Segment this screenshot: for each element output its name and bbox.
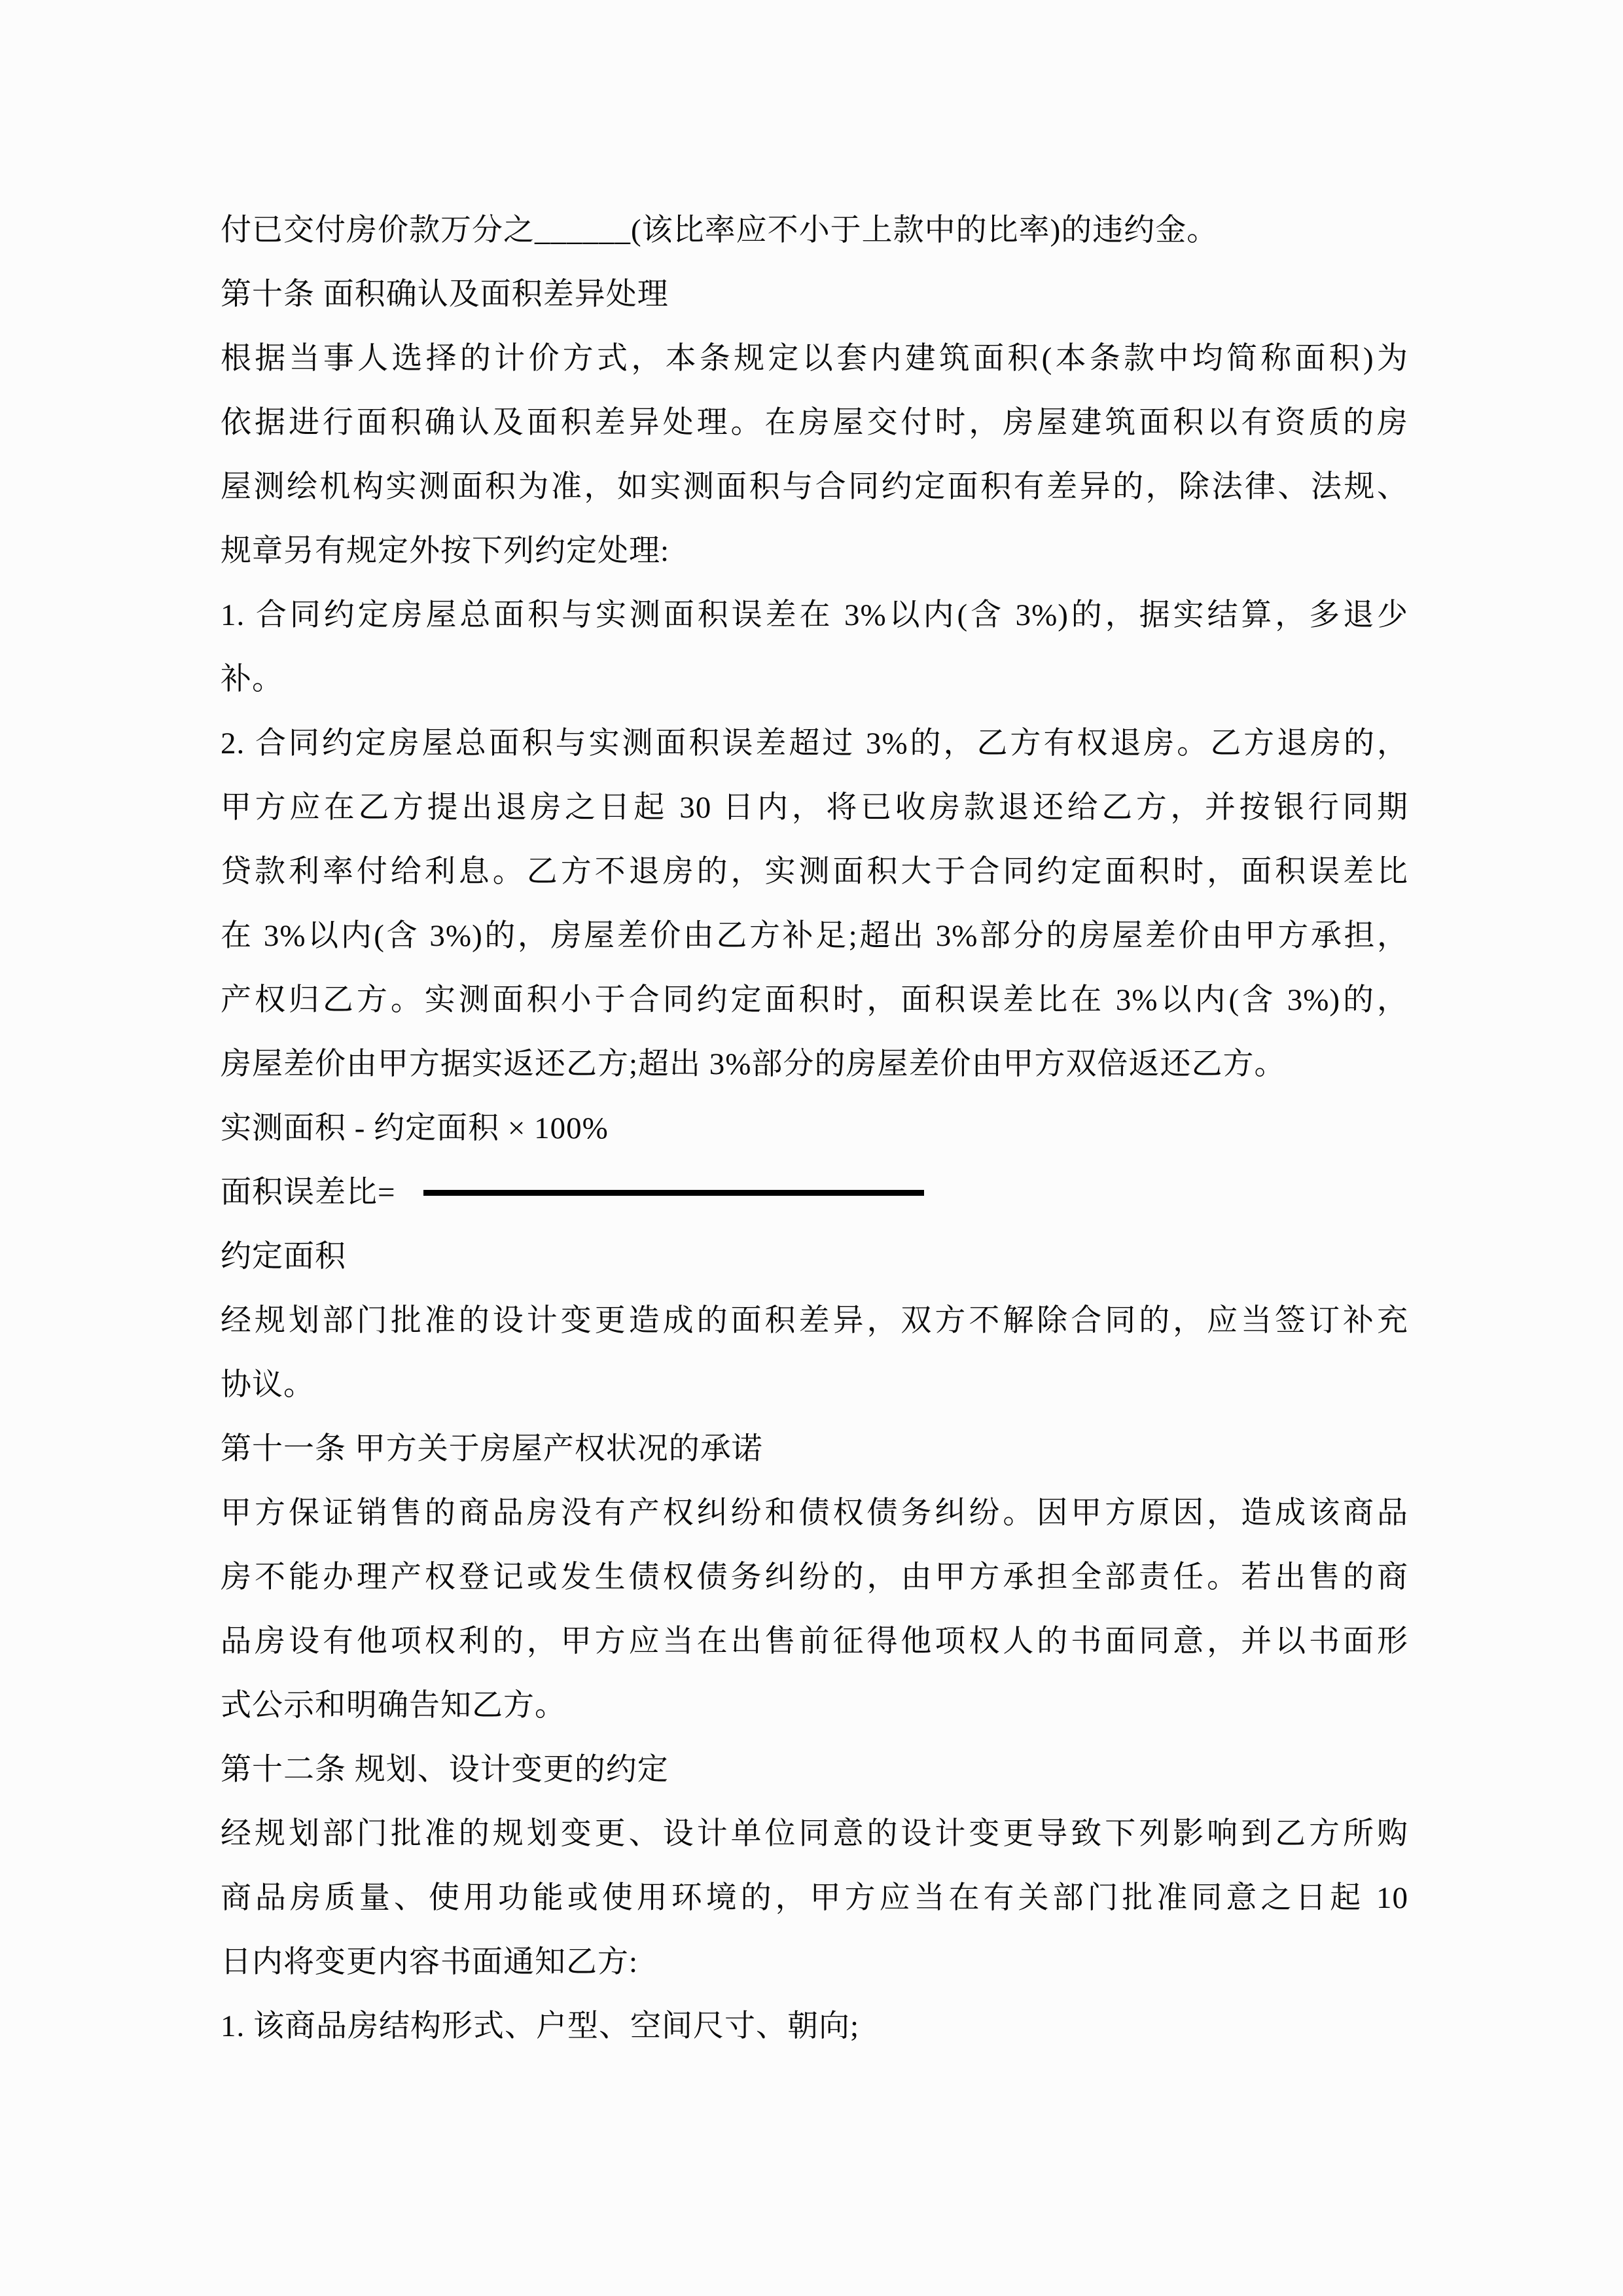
paragraph-line: 根据当事人选择的计价方式，本条规定以套内建筑面积(本条款中均简称面积)为 <box>221 327 1408 391</box>
contract-body: 付已交付房价款万分之______(该比率应不小于上款中的比率)的违约金。 第十条… <box>221 198 1408 2058</box>
article-12-heading: 第十二条 规划、设计变更的约定 <box>221 1738 1408 1802</box>
paragraph-line: 式公示和明确告知乙方。 <box>221 1674 1408 1738</box>
paragraph-line: 屋测绘机构实测面积为准，如实测面积与合同约定面积有差异的，除法律、法规、 <box>221 455 1408 519</box>
paragraph-line: 经规划部门批准的规划变更、设计单位同意的设计变更导致下列影响到乙方所购 <box>221 1802 1408 1866</box>
paragraph-line: 产权归乙方。实测面积小于合同约定面积时，面积误差比在 3%以内(含 3%)的， <box>221 968 1408 1032</box>
paragraph-line: 规章另有规定外按下列约定处理: <box>221 519 1408 583</box>
formula-bar-line: 面积误差比= <box>221 1160 1408 1225</box>
article-10-heading: 第十条 面积确认及面积差异处理 <box>221 262 1408 327</box>
paragraph-line: 经规划部门批准的设计变更造成的面积差异，双方不解除合同的，应当签订补充 <box>221 1289 1408 1353</box>
paragraph-line: 贷款利率付给利息。乙方不退房的，实测面积大于合同约定面积时，面积误差比 <box>221 840 1408 904</box>
paragraph-line: 房不能办理产权登记或发生债权债务纠纷的，由甲方承担全部责任。若出售的商 <box>221 1545 1408 1609</box>
paragraph-line: 在 3%以内(含 3%)的，房屋差价由乙方补足;超出 3%部分的房屋差价由甲方承… <box>221 904 1408 968</box>
paragraph-line: 日内将变更内容书面通知乙方: <box>221 1930 1408 1994</box>
fraction-bar <box>423 1190 924 1196</box>
formula-label: 面积误差比= <box>221 1175 396 1210</box>
paragraph-line: 补。 <box>221 647 1408 711</box>
paragraph-line: 房屋差价由甲方据实返还乙方;超出 3%部分的房屋差价由甲方双倍返还乙方。 <box>221 1032 1408 1096</box>
list-item-1-line: 1. 该商品房结构形式、户型、空间尺寸、朝向; <box>221 1994 1408 2058</box>
list-item-1-line: 1. 合同约定房屋总面积与实测面积误差在 3%以内(含 3%)的，据实结算，多退… <box>221 583 1408 647</box>
paragraph-line: 付已交付房价款万分之______(该比率应不小于上款中的比率)的违约金。 <box>221 198 1408 262</box>
paragraph-line: 协议。 <box>221 1353 1408 1417</box>
paragraph-line: 甲方保证销售的商品房没有产权纠纷和债权债务纠纷。因甲方原因，造成该商品 <box>221 1481 1408 1545</box>
list-item-2-line: 2. 合同约定房屋总面积与实测面积误差超过 3%的，乙方有权退房。乙方退房的， <box>221 711 1408 776</box>
paragraph-line: 依据进行面积确认及面积差异处理。在房屋交付时，房屋建筑面积以有资质的房 <box>221 391 1408 455</box>
article-11-heading: 第十一条 甲方关于房屋产权状况的承诺 <box>221 1417 1408 1481</box>
contract-page: 付已交付房价款万分之______(该比率应不小于上款中的比率)的违约金。 第十条… <box>0 0 1623 2296</box>
formula-denominator: 约定面积 <box>221 1225 1408 1289</box>
paragraph-line: 品房设有他项权利的，甲方应当在出售前征得他项权人的书面同意，并以书面形 <box>221 1609 1408 1674</box>
paragraph-line: 商品房质量、使用功能或使用环境的，甲方应当在有关部门批准同意之日起 10 <box>221 1866 1408 1930</box>
paragraph-line: 甲方应在乙方提出退房之日起 30 日内，将已收房款退还给乙方，并按银行同期 <box>221 776 1408 840</box>
formula-numerator: 实测面积 - 约定面积 × 100% <box>221 1096 1408 1160</box>
